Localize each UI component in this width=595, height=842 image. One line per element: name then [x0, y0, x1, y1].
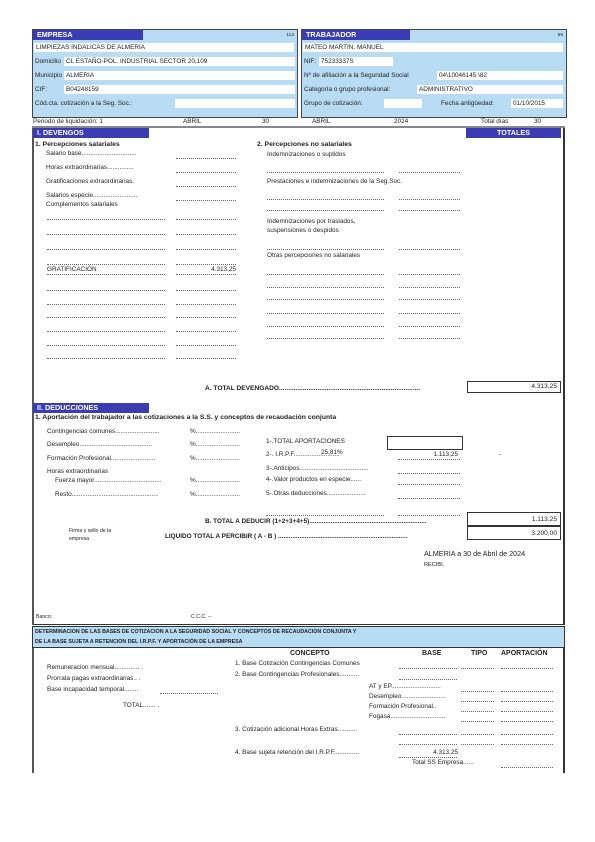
aportacion-title: 1. Aportación del trabajador a las cotiz…	[35, 414, 336, 421]
lugar-fecha: ALMERIA a 30 de Abril de 2024	[424, 549, 525, 558]
complemento-value-dots	[176, 249, 236, 250]
banco-label: Banco:	[36, 614, 52, 620]
bases-concept-base: 4.313,25	[398, 749, 458, 756]
tipo-dots	[461, 734, 494, 735]
extra-base-dots	[399, 744, 457, 745]
deduccion-label: Desempleo...............................…	[47, 441, 152, 448]
no-salarial-value-dots	[399, 326, 460, 327]
deducciones-header: II. DEDUCCIONES	[33, 403, 149, 413]
no-salarial-label-dots	[267, 326, 384, 327]
empresa-code: 113	[286, 33, 294, 38]
bases-left-label: Base incapacidad temporal........	[47, 686, 138, 693]
domicilio-field: CL ESTAÑO-POL. INDUSTRIAL SECTOR 20,109	[64, 57, 295, 66]
base-dots	[399, 757, 457, 758]
periodo-mes-1: ABRIL	[183, 118, 201, 125]
antiguedad-field: 01/10/2015	[511, 99, 563, 108]
empty-row-value-dots	[176, 317, 236, 318]
prestaciones-label: Prestaciones e indemnizaciones de la Seg…	[267, 178, 402, 185]
complemento-label-dots	[47, 264, 165, 265]
empty-row-label-dots	[47, 358, 165, 359]
tipo-dots	[461, 668, 494, 669]
no-salarial-value-dots	[399, 338, 460, 339]
grupo-field	[384, 99, 422, 108]
salarial-label: Salario base............................…	[46, 150, 137, 157]
extra-tipo-dots	[461, 744, 494, 745]
afiliacion-field: 04\10046145 \82	[437, 71, 563, 80]
empresa-name-field: LIMPIEZAS INDALICAS DE ALMERIA	[34, 43, 294, 52]
firma-label-1: Firma y sello de la	[69, 528, 111, 534]
deduccion-pct: %.........................	[190, 491, 240, 498]
no-salarial-label-dots	[267, 172, 384, 173]
bases-concept-label: AT y EP............................	[369, 683, 441, 690]
tipo-dots	[461, 701, 494, 702]
empty-row-label-dots	[47, 345, 165, 346]
empty-row-value-dots	[176, 290, 236, 291]
bases-concept-label: Desempleo.........................	[369, 693, 446, 700]
salarial-value-dots	[176, 186, 236, 187]
no-salarial-value-dots	[399, 199, 460, 200]
ccc-field	[175, 99, 295, 108]
total-deducir-box: 1.113,25	[467, 512, 561, 526]
bases-concept-label: Total SS Empresa......	[412, 759, 474, 766]
aportacion-dots	[501, 691, 553, 692]
deduccion-right-label: 3-.Anticipos............................…	[266, 465, 369, 472]
grupo-label: Grupo de cotización:	[304, 99, 363, 108]
complemento-value-dots	[176, 274, 236, 275]
salarial-label: Horas extraordinarias...............	[46, 164, 134, 171]
complemento-value-dots	[176, 219, 236, 220]
total-dias-value: 30	[534, 118, 541, 125]
trabajador-box: TRABAJADOR 59 MATEO MARTIN, MANUEL NIF: …	[301, 29, 567, 118]
salarial-label: Salarios especie........................…	[46, 192, 137, 199]
salariales-title: 1. Percepciones salariales	[35, 141, 120, 148]
deduccion-label: Resto...................................…	[55, 491, 159, 498]
bases-concept-label: 4. Base sujeta retención del I.R.P.F....…	[235, 749, 359, 756]
municipio-label: Municipio	[35, 71, 62, 80]
aportacion-dots	[501, 711, 553, 712]
bases-concept-label: 2. Base Contingencias Profesionales.....…	[235, 671, 359, 678]
total-deducir-label: B. TOTAL A DEDUCIR (1+2+3+4+5)..........…	[205, 518, 426, 525]
empty-row-label-dots	[47, 290, 165, 291]
no-salarial-label-dots	[267, 313, 384, 314]
deduccion-right-label: 5-.Otras deducciones....................…	[266, 490, 366, 497]
deduccion-pct: %.........................	[190, 441, 240, 448]
no-salarial-label-dots	[267, 287, 384, 288]
deduccion-right-dots	[398, 498, 460, 499]
col-concepto: CONCEPTO	[290, 650, 330, 657]
irpf-extra: -	[499, 451, 501, 458]
traslados-label-1: Indemnizaciones por traslados,	[267, 218, 355, 225]
tipo-dots	[461, 691, 494, 692]
no-salarial-value-dots	[399, 249, 460, 250]
no-salarial-value-dots	[399, 274, 460, 275]
deduccion-label: Formación Profesional...................…	[47, 455, 155, 462]
aportacion-dots	[501, 734, 553, 735]
base-dots	[399, 679, 457, 680]
bases-left-label: TOTAL....... .	[123, 702, 159, 709]
empty-row-label-dots	[47, 331, 165, 332]
complemento-label-dots	[47, 274, 165, 275]
aportacion-dots	[501, 668, 553, 669]
deduccion-pct: %.........................	[190, 455, 240, 462]
no-salarial-label-dots	[267, 249, 384, 250]
bases-concept-label: 3. Cotización adicional Horas Extras....…	[235, 726, 357, 733]
empty-row-value-dots	[176, 331, 236, 332]
salarial-label: Complementos salariales	[46, 201, 118, 208]
bases-left-label: Remuneracion mensual.............. .	[47, 664, 143, 671]
empty-row-value-dots	[176, 358, 236, 359]
periodo-label: Periodo de liquidación: 1	[33, 118, 103, 125]
trabajador-name-field: MATEO MARTIN, MANUEL	[303, 43, 563, 52]
periodo-anio: 2024	[394, 118, 408, 125]
no-salariales-title: 2. Percepciones no salariales	[257, 141, 352, 148]
aportacion-dots	[501, 721, 553, 722]
no-salarial-label-dots	[267, 338, 384, 339]
trabajador-code: 59	[558, 33, 563, 38]
empty-row-label-dots	[47, 317, 165, 318]
incapacidad-dots	[160, 693, 218, 694]
categoria-field: ADMINISTRATIVO	[417, 85, 563, 94]
liquido-box: 3.200,00	[467, 526, 561, 540]
complemento-value: 4.313,25	[190, 266, 236, 273]
col-aportacion: APORTACIÓN	[501, 650, 548, 657]
no-salarial-label-dots	[267, 299, 384, 300]
complemento-value-dots	[176, 234, 236, 235]
deduccion-right-dots	[398, 459, 460, 460]
cif-field: B04248159	[64, 85, 295, 94]
ded-extra-dots-1	[266, 515, 384, 516]
col-tipo: TIPO	[471, 650, 487, 657]
irpf-pct: 25,81%	[321, 449, 343, 456]
deduccion-right-label: 1-.TOTAL APORTACIONES	[266, 438, 345, 445]
nif-label: NIF:	[304, 57, 316, 66]
total-aportaciones-box	[387, 436, 463, 450]
tipo-dots	[461, 721, 494, 722]
bases-concept-label: 1. Base Cotización Contingencias Comunes	[235, 660, 360, 667]
col-base: BASE	[422, 650, 441, 657]
periodo-dia-1: 30	[262, 118, 269, 125]
empty-row-value-dots	[176, 304, 236, 305]
ccc-banco-label: C.C.C. --	[191, 614, 211, 620]
base-dots	[399, 734, 457, 735]
traslados-label-2: suspensiones o despidos	[267, 227, 339, 234]
trabajador-header: TRABAJADOR	[302, 30, 410, 40]
deduccion-pct: %.........................	[190, 477, 240, 484]
empty-row-value-dots	[176, 345, 236, 346]
indemnizaciones-label: Indemnizaciones o suplidos	[267, 151, 346, 158]
domicilio-label: Domicilio	[35, 57, 61, 66]
recibi-label: RECIBI,	[424, 562, 444, 568]
bases-concept-label: Fogasa...............................	[369, 713, 445, 720]
deduccion-label: Fuerza mayor............................…	[55, 477, 162, 484]
ccc-label: Cód.cta. cotización a la Seg. Soc.:	[35, 99, 132, 108]
complemento-label: GRATIFICACIÓN	[47, 266, 97, 273]
ded-extra-dots-2	[398, 515, 460, 516]
empresa-header: EMPRESA	[33, 30, 143, 40]
deduccion-right-label: 4-.Valor productos en especie......	[266, 476, 361, 483]
complemento-label-dots	[47, 249, 165, 250]
deduccion-pct: %.........................	[190, 428, 240, 435]
base-dots	[399, 668, 457, 669]
bases-title-2: DE LA BASE SUJETA A RETENCION DEL I.R.P.…	[35, 639, 243, 645]
devengos-header: I. DEVENGOS	[33, 128, 149, 138]
no-salarial-label-dots	[267, 210, 384, 211]
aportacion-dots	[501, 701, 553, 702]
otras-percepciones-label: Otras percepciones no salariales	[267, 252, 360, 259]
deduccion-right-value: 1.113,25	[398, 451, 458, 458]
deduccion-right-dots	[398, 473, 460, 474]
no-salarial-value-dots	[399, 313, 460, 314]
no-salarial-value-dots	[399, 299, 460, 300]
periodo-mes-2: ABRIL	[312, 118, 330, 125]
deduccion-label: Contingencias comunes...................…	[47, 428, 160, 435]
salarial-value-dots	[176, 200, 236, 201]
bases-title-1: DETERMINACION DE LAS BASES DE COTIZACION…	[35, 629, 356, 635]
totales-header: TOTALES	[466, 128, 561, 138]
tipo-dots	[461, 711, 494, 712]
complemento-label-dots	[47, 234, 165, 235]
complemento-label-dots	[47, 219, 165, 220]
salarial-label: Gratificaciones extraordinarias.	[46, 178, 134, 185]
no-salarial-label-dots	[267, 199, 384, 200]
aportacion-dots	[501, 767, 553, 768]
complemento-value-dots	[176, 264, 236, 265]
salarial-value-dots	[176, 172, 236, 173]
empresa-box: EMPRESA 113 LIMPIEZAS INDALICAS DE ALMER…	[32, 29, 298, 118]
deduccion-label: Horas extraordinarias	[47, 468, 108, 475]
deduccion-right-dots	[398, 484, 460, 485]
firma-label-2: empresa	[69, 536, 89, 542]
nif-field: 75233337S	[319, 57, 393, 66]
bases-left-label: Prorrata pagas extraordinarias.. .	[47, 675, 140, 682]
antiguedad-label: Fecha antigüedad:	[441, 99, 494, 108]
municipio-field: ALMERIA	[64, 71, 295, 80]
categoria-label: Categoría o grupo profesional:	[304, 85, 390, 94]
extra-aportacion-dots	[501, 744, 553, 745]
no-salarial-value-dots	[399, 287, 460, 288]
total-devengado-box: 4.313,25	[467, 381, 561, 393]
afiliacion-label: Nº de afiliación a la Seguridad Social	[304, 71, 409, 80]
no-salarial-value-dots	[399, 210, 460, 211]
bases-concept-label: Formación Profesional..	[369, 703, 437, 710]
no-salarial-value-dots	[399, 172, 460, 173]
total-dias-label: Total días	[481, 118, 508, 125]
total-devengado-label: A. TOTAL DEVENGADO......................…	[205, 385, 420, 392]
liquido-label: LIQUIDO TOTAL A PERCIBIR ( A - B ) .....…	[165, 533, 408, 540]
cif-label: CIF:	[35, 85, 47, 94]
salarial-value-dots	[176, 158, 236, 159]
empty-row-label-dots	[47, 304, 165, 305]
bases-header-box: DETERMINACION DE LAS BASES DE COTIZACION…	[32, 626, 565, 648]
no-salarial-label-dots	[267, 274, 384, 275]
